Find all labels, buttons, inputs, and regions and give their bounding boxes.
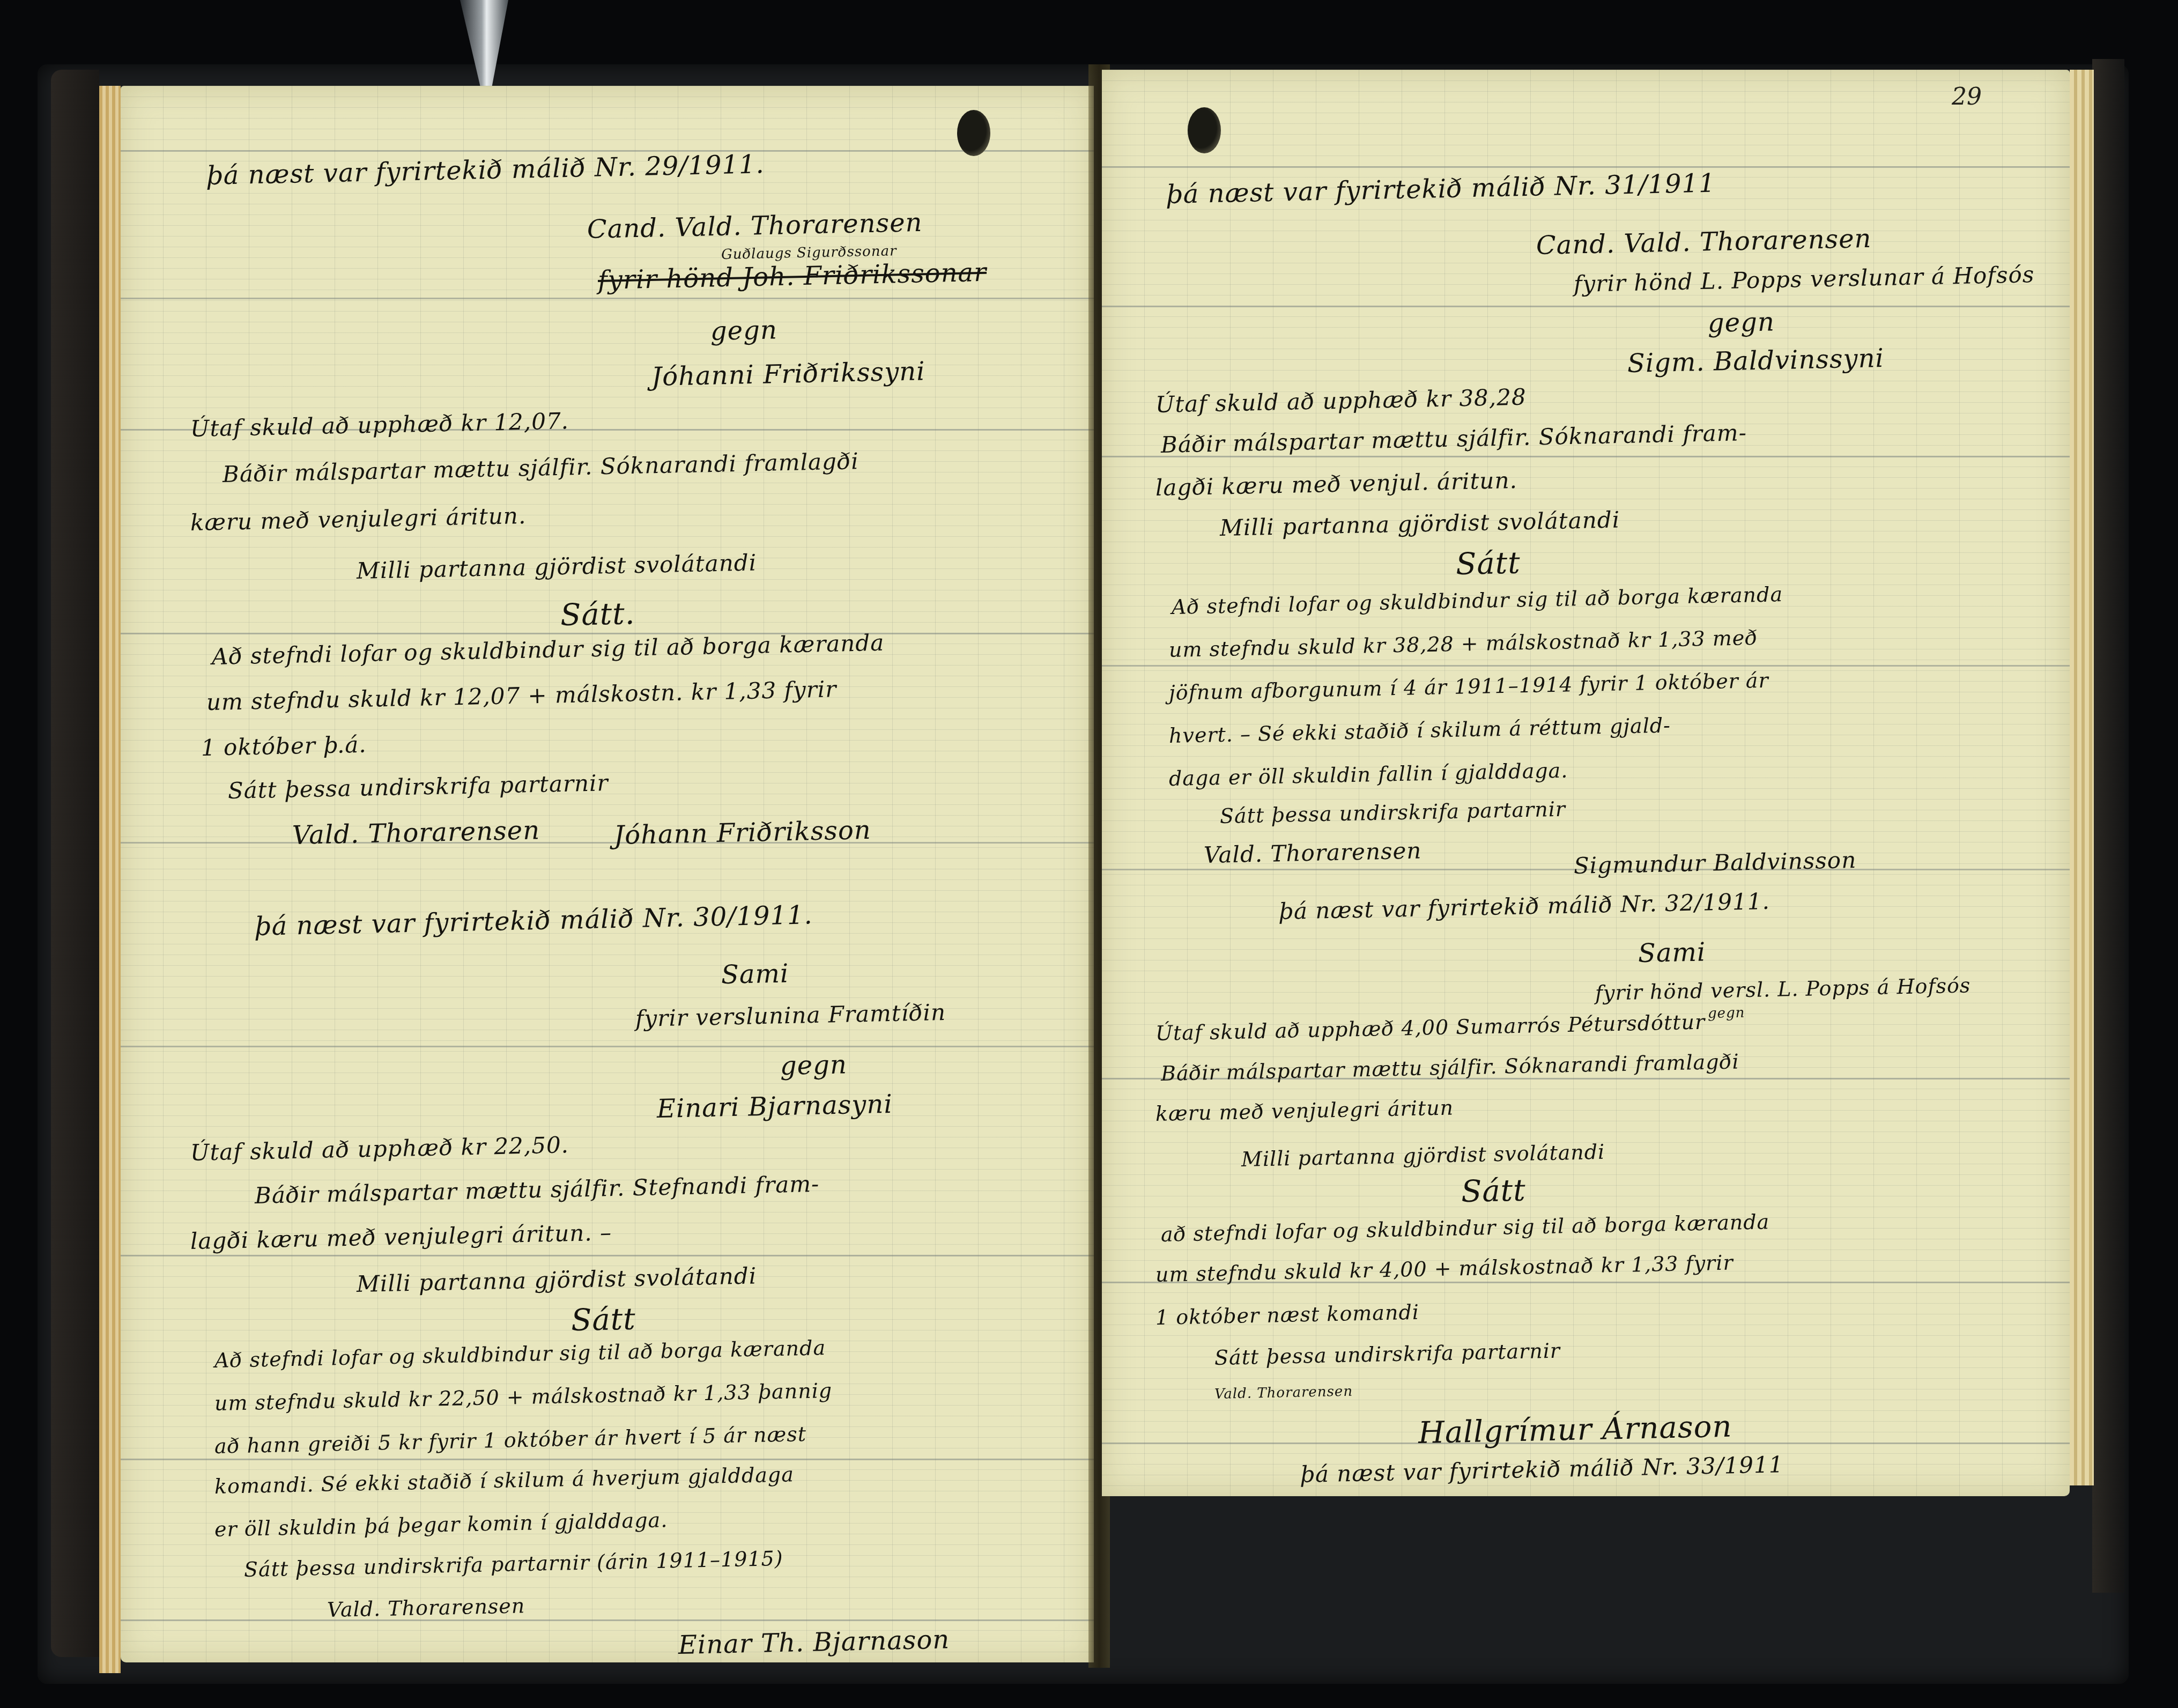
- text-line: að hann greiði 5 kr fyrir 1 október ár h…: [214, 1422, 807, 1458]
- text-line: kæru með venjulegri áritun: [1155, 1096, 1454, 1126]
- signature: Sigmundur Baldvinsson: [1573, 847, 1856, 879]
- text-line: lagði kæru með venjulegri áritun. –: [190, 1219, 612, 1254]
- plaintiff-name: Cand. Vald. Thorarensen: [1536, 224, 1872, 261]
- text-line: 1 október þ.á.: [201, 731, 367, 761]
- settlement-title: Sátt: [1455, 545, 1521, 582]
- text-line: komandi. Sé ekki staðið í skilum á hverj…: [214, 1462, 795, 1498]
- text-line: Sátt þessa undirskrifa partarnir: [1220, 797, 1566, 828]
- against-insert: gegn: [1708, 1005, 1745, 1022]
- settlement-title: Sátt.: [560, 596, 635, 633]
- ruled-line: [121, 150, 1094, 152]
- text-line: um stefndu skuld kr 12,07 + málskostn. k…: [206, 676, 836, 715]
- against-label: gegn: [1707, 307, 1775, 338]
- claim-line: Útaf skuld að upphæð kr 38,28: [1155, 384, 1527, 418]
- text-line: kæru með venjulegri áritun.: [190, 502, 526, 536]
- defendant-name: Jóhanni Friðrikssyni: [651, 356, 925, 392]
- entry-heading: þá næst var fyrirtekið málið Nr. 31/1911: [1166, 168, 1716, 210]
- text-line: um stefndu skuld kr 4,00 + málskostnað k…: [1155, 1251, 1733, 1286]
- text-line: Milli partanna gjördist svolátandi: [1219, 506, 1620, 541]
- settlement-title: Sátt: [571, 1302, 636, 1338]
- punch-hole: [1188, 107, 1221, 153]
- ruled-line: [121, 633, 1094, 634]
- for-whom: fyrir hönd versl. L. Popps á Hofsós: [1595, 973, 1971, 1005]
- ruled-line: [121, 1255, 1094, 1256]
- for-whom: fyrir verslunina Framtíðin: [635, 999, 946, 1032]
- text-line: Að stefndi lofar og skuldbindur sig til …: [211, 630, 884, 670]
- punch-hole: [957, 110, 990, 156]
- text-line: Báðir málspartar mættu sjálfir. Stefnand…: [254, 1171, 819, 1209]
- text-line: lagði kæru með venjul. áritun.: [1155, 467, 1517, 501]
- text-line: Að stefndi lofar og skuldbindur sig til …: [214, 1336, 826, 1372]
- text-line: Milli partanna gjördist svolátandi: [356, 1262, 757, 1297]
- left-page: þá næst var fyrirtekið málið Nr. 29/1911…: [121, 86, 1094, 1662]
- against-label: gegn: [780, 1049, 847, 1081]
- ruled-line: [121, 1046, 1094, 1047]
- settlement-title: Sátt: [1461, 1173, 1526, 1209]
- claim-line: Útaf skuld að upphæð kr 12,07.: [190, 408, 569, 442]
- defendant-name: Einari Bjarnasyni: [656, 1089, 893, 1124]
- text-line: jöfnum afborgunum í 4 ár 1911–1914 fyrir…: [1169, 669, 1769, 705]
- plaintiff-name: Cand. Vald. Thorarensen: [587, 208, 923, 245]
- signature: Jóhann Friðriksson: [613, 815, 871, 851]
- for-whom: fyrir hönd L. Popps verslunar á Hofsós: [1573, 261, 2034, 297]
- entry-heading: þá næst var fyrirtekið málið Nr. 32/1911…: [1278, 888, 1770, 925]
- page-stack-left: [99, 86, 121, 1673]
- signature: Einar Th. Bjarnason: [678, 1624, 950, 1660]
- for-whom-struck: fyrir hönd Joh. Friðrikssonar: [597, 257, 987, 295]
- entry-heading: þá næst var fyrirtekið málið Nr. 29/1911…: [206, 149, 765, 191]
- ruled-line: [1102, 166, 2070, 168]
- ruled-line: [121, 1620, 1094, 1621]
- claim-line: Útaf skuld að upphæð 4,00 Sumarrós Pétur…: [1155, 1010, 1706, 1045]
- plaintiff-name: Sami: [1638, 937, 1706, 968]
- signature: Hallgrímur Árnason: [1418, 1409, 1732, 1451]
- text-line: er öll skuldin þá þegar komin í gjalddag…: [214, 1508, 668, 1541]
- text-line: um stefndu skuld kr 22,50 + málskostnað …: [214, 1379, 833, 1415]
- text-line: Báðir málspartar mættu sjálfir. Sóknaran…: [1161, 1049, 1740, 1085]
- ruled-line: [121, 842, 1094, 844]
- text-line: Að stefndi lofar og skuldbindur sig til …: [1172, 582, 1783, 619]
- signature: Vald. Thorarensen: [1203, 837, 1421, 868]
- text-line: Báðir málspartar mættu sjálfir. Sóknaran…: [1160, 419, 1747, 458]
- ruled-line: [121, 298, 1094, 299]
- cover-spine-left: [51, 70, 99, 1657]
- signature: Vald. Thorarensen: [1214, 1384, 1353, 1402]
- signature: Vald. Thorarensen: [327, 1594, 525, 1622]
- against-label: gegn: [710, 315, 777, 346]
- text-line: Sátt þessa undirskrifa partarnir: [1214, 1339, 1561, 1370]
- entry-heading: þá næst var fyrirtekið málið Nr. 30/1911…: [254, 900, 813, 942]
- text-line: daga er öll skuldin fallin í gjalddaga.: [1169, 758, 1568, 790]
- cover-edge-right: [2092, 59, 2124, 1593]
- defendant-name: Sigm. Baldvinssyni: [1627, 343, 1884, 379]
- text-line: Báðir málspartar mættu sjálfir. Sóknaran…: [222, 448, 859, 487]
- text-line: Milli partanna gjördist svolátandi: [1241, 1140, 1605, 1171]
- page-number: 29: [1952, 83, 1982, 110]
- signature: Vald. Thorarensen: [292, 815, 540, 851]
- text-line: um stefndu skuld kr 38,28 + málskostnað …: [1169, 626, 1758, 662]
- ruled-line: [1102, 665, 2070, 667]
- page-stack-right: [2070, 70, 2094, 1485]
- ruled-line: [121, 1459, 1094, 1460]
- ruled-line: [1102, 306, 2070, 307]
- text-line: Sátt þessa undirskrifa partarnir (árin 1…: [244, 1547, 783, 1581]
- entry-heading: þá næst var fyrirtekið málið Nr. 33/1911: [1300, 1451, 1783, 1488]
- plaintiff-name: Sami: [721, 958, 789, 990]
- text-line: 1 október næst komandi: [1155, 1300, 1420, 1329]
- text-line: hvert. – Sé ekki staðið í skilum á réttu…: [1169, 713, 1671, 748]
- claim-line: Útaf skuld að upphæð kr 22,50.: [190, 1132, 569, 1166]
- text-line: Milli partanna gjördist svolátandi: [356, 549, 757, 584]
- text-line: Sátt þessa undirskrifa partarnir: [227, 770, 609, 804]
- text-line: að stefndi lofar og skuldbindur sig til …: [1161, 1210, 1770, 1246]
- right-page: 29 þá næst var fyrirtekið málið Nr. 31/1…: [1102, 70, 2070, 1496]
